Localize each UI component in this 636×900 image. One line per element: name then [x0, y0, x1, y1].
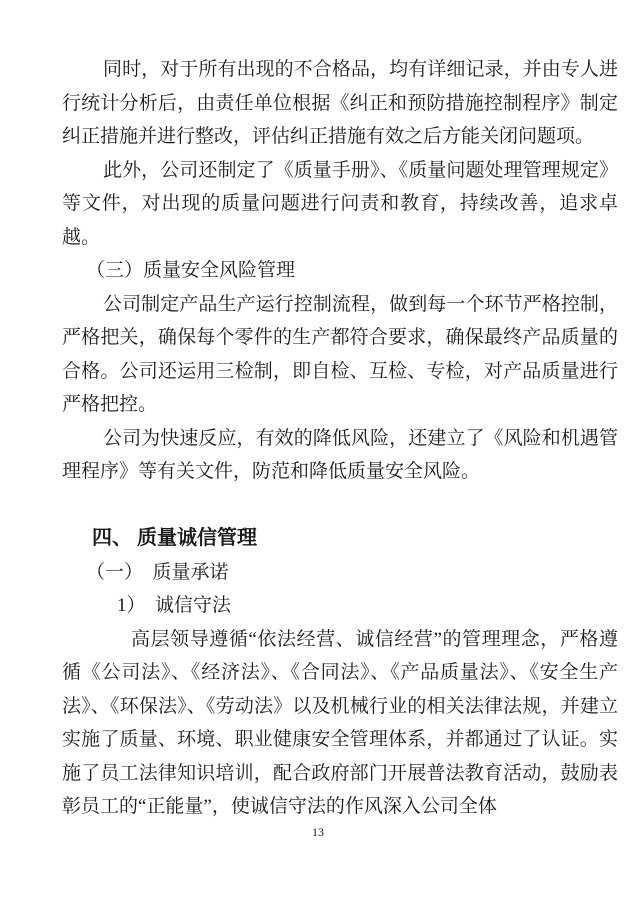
paragraph-production-control: 公司制定产品生产运行控制流程，做到每一个环节严格控制，严格把关，确保每个零件的生…	[62, 288, 618, 422]
section-heading-risk-management: （三）质量安全风险管理	[62, 254, 618, 288]
subsection-heading-quality-commitment: （一） 质量承诺	[62, 556, 618, 590]
paragraph-quality-manual: 此外，公司还制定了《质量手册》、《质量问题处理管理规定》等文件，对出现的质量问题…	[62, 154, 618, 255]
paragraph-leadership-compliance: 高层领导遵循“依法经营、诚信经营”的管理理念，严格遵循《公司法》、《经济法》、《…	[62, 623, 618, 824]
paragraph-risk-procedure: 公司为快速反应，有效的降低风险，还建立了《风险和机遇管理程序》等有关文件，防范和…	[62, 422, 618, 489]
paragraph-nonconforming-records: 同时，对于所有出现的不合格品，均有详细记录，并由专人进行统计分析后，由责任单位根…	[62, 53, 618, 154]
page-number: 13	[0, 825, 636, 839]
list-heading-integrity-law: 1） 诚信守法	[62, 589, 618, 623]
chapter-heading-quality-integrity: 四、 质量诚信管理	[62, 522, 618, 556]
blank-line	[62, 489, 618, 523]
document-page: 同时，对于所有出现的不合格品，均有详细记录，并由专人进行统计分析后，由责任单位根…	[0, 0, 636, 900]
